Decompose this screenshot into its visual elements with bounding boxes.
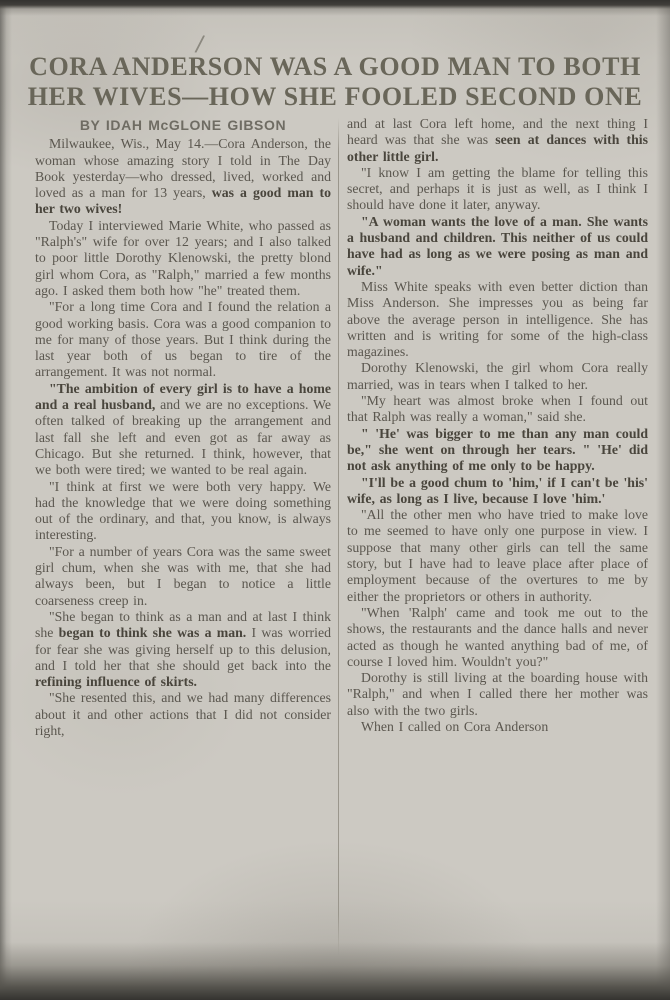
column-left: BY IDAH McGLONE GIBSON Milwaukee, Wis., … [35,116,331,962]
article-columns: BY IDAH McGLONE GIBSON Milwaukee, Wis., … [35,116,648,962]
article-paragraph: "I know I am getting the blame for telli… [347,165,648,214]
article-paragraph: "When 'Ralph' came and took me out to th… [347,605,648,670]
bold-text: began to think she was a man. [59,625,247,640]
byline: BY IDAH McGLONE GIBSON [35,117,331,133]
article-paragraph: "I'll be a good chum to 'him,' if I can'… [347,475,648,508]
body-text: When I called on Cora Anderson [361,719,548,734]
article-paragraph: "She began to think as a man and at last… [35,609,331,690]
body-text: "For a long time Cora and I found the re… [35,299,331,379]
article-paragraph: "All the other men who have tried to mak… [347,507,648,605]
article-paragraph: and at last Cora left home, and the next… [347,116,648,165]
article-paragraph: "The ambition of every girl is to have a… [35,381,331,479]
article-paragraph: "She resented this, and we had many diff… [35,690,331,739]
article-paragraph: Milwaukee, Wis., May 14.—Cora Anderson, … [35,136,331,217]
page-left-edge [0,0,12,1000]
article-paragraph: "My heart was almost broke when I found … [347,393,648,426]
newspaper-page: / CORA ANDERSON WAS A GOOD MAN TO BOTH H… [0,0,670,1000]
article-paragraph: Dorothy is still living at the boarding … [347,670,648,719]
bold-text: " 'He' was bigger to me than any man cou… [347,426,648,474]
body-text: Dorothy Klenowski, the girl whom Cora re… [347,360,648,391]
column-right: and at last Cora left home, and the next… [347,116,648,962]
article-paragraph: Miss White speaks with even better dicti… [347,279,648,360]
article-paragraph: "For a number of years Cora was the same… [35,544,331,609]
body-text: "All the other men who have tried to mak… [347,507,648,603]
body-text: "My heart was almost broke when I found … [347,393,648,424]
article-paragraph: "A woman wants the love of a man. She wa… [347,214,648,279]
body-text: "I know I am getting the blame for telli… [347,165,648,213]
article-paragraph: "For a long time Cora and I found the re… [35,299,331,380]
column-divider [338,118,339,956]
bold-text: "A woman wants the love of a man. She wa… [347,214,648,278]
page-top-edge [0,0,670,16]
article-paragraph: " 'He' was bigger to me than any man cou… [347,426,648,475]
headline-line-2: HER WIVES—HOW SHE FOOLED SECOND ONE [18,82,652,112]
headline-line-1: CORA ANDERSON WAS A GOOD MAN TO BOTH [18,52,652,82]
body-text: "When 'Ralph' came and took me out to th… [347,605,648,669]
body-text: Today I interviewed Marie White, who pas… [35,218,331,298]
body-text: Miss White speaks with even better dicti… [347,279,648,359]
body-text: "For a number of years Cora was the same… [35,544,331,608]
body-text: "She resented this, and we had many diff… [35,690,331,738]
body-text: "I think at first we were both very happ… [35,479,331,543]
bold-text: refining influence of skirts. [35,674,197,689]
page-right-edge [656,0,670,1000]
article-paragraph: Dorothy Klenowski, the girl whom Cora re… [347,360,648,393]
article-paragraph: When I called on Cora Anderson [347,719,648,735]
article-paragraph: "I think at first we were both very happ… [35,479,331,544]
body-text: Dorothy is still living at the boarding … [347,670,648,718]
bold-text: "I'll be a good chum to 'him,' if I can'… [347,475,648,506]
article-paragraph: Today I interviewed Marie White, who pas… [35,218,331,299]
headline: CORA ANDERSON WAS A GOOD MAN TO BOTH HER… [18,52,652,112]
